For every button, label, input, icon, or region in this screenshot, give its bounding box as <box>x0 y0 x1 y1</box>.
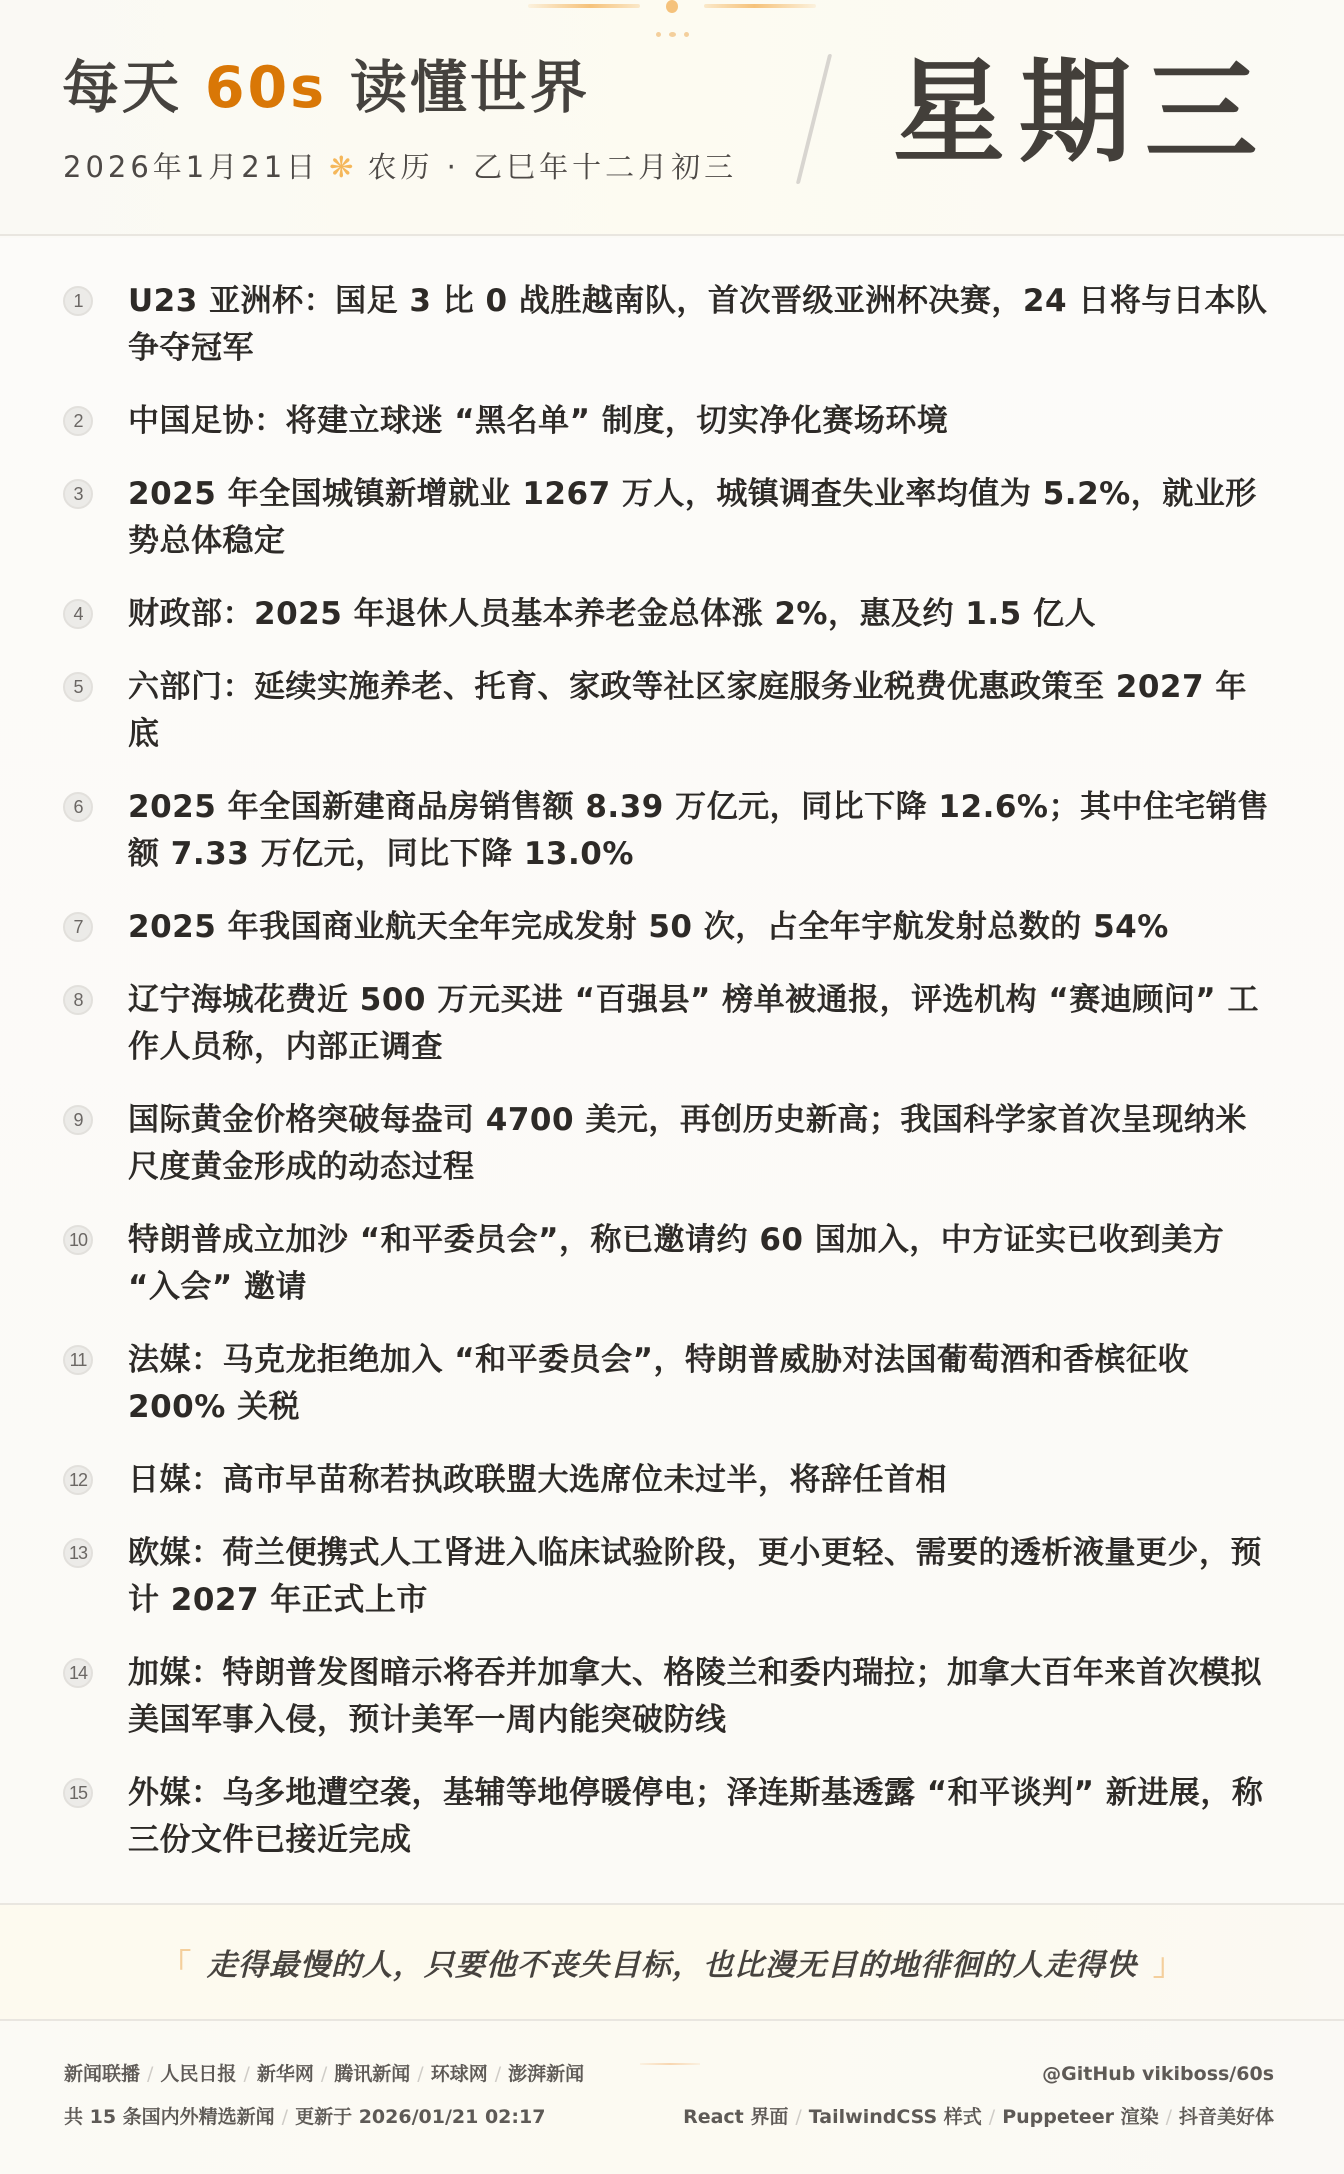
news-source: 澎湃新闻 <box>508 2063 584 2085</box>
news-list: 1U23 亚洲杯：国足 3 比 0 战胜越南队，首次晋级亚洲杯决赛，24 日将与… <box>0 238 1344 1903</box>
header: 每天 60s 读懂世界 2026年1月21日❋农历 · 乙巳年十二月初三 星期三 <box>0 0 1344 236</box>
tech-item: 抖音美好体 <box>1179 2106 1274 2128</box>
news-index-badge: 10 <box>63 1225 93 1255</box>
separator: / <box>417 2063 423 2085</box>
news-index-badge: 5 <box>63 672 93 702</box>
footer-decorative-line <box>640 2063 700 2065</box>
news-headline: 日媒：高市早苗称若执政联盟大选席位未过半，将辞任首相 <box>128 1457 1278 1504</box>
decorative-dot-icon <box>656 32 661 37</box>
news-item: 14加媒：特朗普发图暗示将吞并加拿大、格陵兰和委内瑞拉；加拿大百年来首次模拟美国… <box>0 1650 1344 1744</box>
news-index-badge: 3 <box>63 479 93 509</box>
news-item: 10特朗普成立加沙 “和平委员会”，称已邀请约 60 国加入，中方证实已收到美方… <box>0 1217 1344 1311</box>
header-divider <box>796 54 832 184</box>
news-source: 人民日报 <box>160 2063 236 2085</box>
news-headline: 法媒：马克龙拒绝加入 “和平委员会”，特朗普威胁对法国葡萄酒和香槟征收 200%… <box>128 1337 1278 1431</box>
title-suffix: 读懂世界 <box>327 55 590 121</box>
news-item: 4财政部：2025 年退休人员基本养老金总体涨 2%，惠及约 1.5 亿人 <box>0 591 1344 638</box>
quote-close-icon: 」 <box>1153 1940 1183 1984</box>
tech-item: React 界面 <box>683 2106 788 2128</box>
tech-item: TailwindCSS 样式 <box>809 2106 982 2128</box>
footer-meta: 共 15 条国内外精选新闻/更新于 2026/01/21 02:17 <box>64 2104 545 2130</box>
separator: / <box>989 2106 995 2128</box>
news-item: 15外媒：乌多地遭空袭，基辅等地停暖停电；泽连斯基透露 “和平谈判” 新进展，称… <box>0 1770 1344 1864</box>
news-headline: 欧媒：荷兰便携式人工肾进入临床试验阶段，更小更轻、需要的透析液量更少，预计 20… <box>128 1530 1278 1624</box>
news-index-badge: 14 <box>63 1658 93 1688</box>
updated-time: 更新于 2026/01/21 02:17 <box>295 2106 545 2128</box>
quote-text: 走得最慢的人，只要他不丧失目标，也比漫无目的地徘徊的人走得快 <box>207 1940 1137 1984</box>
date-line: 2026年1月21日❋农历 · 乙巳年十二月初三 <box>63 143 737 191</box>
separator: / <box>321 2063 327 2085</box>
news-item: 9国际黄金价格突破每盎司 4700 美元，再创历史新高；我国科学家首次呈现纳米尺… <box>0 1097 1344 1191</box>
decorative-dot-icon <box>684 32 689 37</box>
separator: / <box>1166 2106 1172 2128</box>
news-index-badge: 11 <box>63 1345 93 1375</box>
decorative-line-left <box>528 4 640 8</box>
news-headline: 2025 年我国商业航天全年完成发射 50 次，占全年宇航发射总数的 54% <box>128 904 1278 951</box>
news-source: 新华网 <box>257 2063 314 2085</box>
gregorian-date: 2026年1月21日 <box>63 150 319 184</box>
news-index-badge: 6 <box>63 792 93 822</box>
news-source: 腾讯新闻 <box>334 2063 410 2085</box>
separator: / <box>795 2106 801 2128</box>
news-item: 12日媒：高市早苗称若执政联盟大选席位未过半，将辞任首相 <box>0 1457 1344 1504</box>
title-prefix: 每天 <box>62 55 205 121</box>
news-item: 8辽宁海城花费近 500 万元买进 “百强县” 榜单被通报，评选机构 “赛迪顾问… <box>0 977 1344 1071</box>
news-sources: 新闻联播/人民日报/新华网/腾讯新闻/环球网/澎湃新闻 <box>64 2061 584 2087</box>
news-headline: U23 亚洲杯：国足 3 比 0 战胜越南队，首次晋级亚洲杯决赛，24 日将与日… <box>128 278 1278 372</box>
news-headline: 2025 年全国新建商品房销售额 8.39 万亿元，同比下降 12.6%；其中住… <box>128 784 1278 878</box>
news-index-badge: 2 <box>63 406 93 436</box>
news-index-badge: 1 <box>63 286 93 316</box>
weekday: 星期三 <box>893 38 1271 188</box>
news-count: 共 15 条国内外精选新闻 <box>64 2106 275 2128</box>
news-item: 11法媒：马克龙拒绝加入 “和平委员会”，特朗普威胁对法国葡萄酒和香槟征收 20… <box>0 1337 1344 1431</box>
news-headline: 辽宁海城花费近 500 万元买进 “百强县” 榜单被通报，评选机构 “赛迪顾问”… <box>128 977 1278 1071</box>
tech-item: Puppeteer 渲染 <box>1002 2106 1158 2128</box>
news-item: 72025 年我国商业航天全年完成发射 50 次，占全年宇航发射总数的 54% <box>0 904 1344 951</box>
decorative-line-right <box>704 4 816 8</box>
news-headline: 财政部：2025 年退休人员基本养老金总体涨 2%，惠及约 1.5 亿人 <box>128 591 1278 638</box>
star-icon: ❋ <box>329 150 357 184</box>
news-source: 新闻联播 <box>64 2063 140 2085</box>
news-headline: 中国足协：将建立球迷 “黑名单” 制度，切实净化赛场环境 <box>128 398 1278 445</box>
news-index-badge: 12 <box>63 1465 93 1495</box>
news-index-badge: 15 <box>63 1778 93 1808</box>
separator: / <box>147 2063 153 2085</box>
title-accent: 60s <box>205 55 327 121</box>
news-index-badge: 13 <box>63 1538 93 1568</box>
separator: / <box>243 2063 249 2085</box>
news-item: 1U23 亚洲杯：国足 3 比 0 战胜越南队，首次晋级亚洲杯决赛，24 日将与… <box>0 278 1344 372</box>
quote-open-icon: 「 <box>161 1940 191 1984</box>
news-headline: 2025 年全国城镇新增就业 1267 万人，城镇调查失业率均值为 5.2%，就… <box>128 471 1278 565</box>
news-source: 环球网 <box>431 2063 488 2085</box>
daily-quote: 「 走得最慢的人，只要他不丧失目标，也比漫无目的地徘徊的人走得快 」 <box>0 1903 1344 2021</box>
news-headline: 国际黄金价格突破每盎司 4700 美元，再创历史新高；我国科学家首次呈现纳米尺度… <box>128 1097 1278 1191</box>
separator: / <box>282 2106 288 2128</box>
decorative-dot-icon <box>669 32 676 37</box>
footer: 新闻联播/人民日报/新华网/腾讯新闻/环球网/澎湃新闻 共 15 条国内外精选新… <box>0 2021 1344 2174</box>
separator: / <box>495 2063 501 2085</box>
news-index-badge: 4 <box>63 599 93 629</box>
news-headline: 特朗普成立加沙 “和平委员会”，称已邀请约 60 国加入，中方证实已收到美方 “… <box>128 1217 1278 1311</box>
tech-stack: React 界面/TailwindCSS 样式/Puppeteer 渲染/抖音美… <box>683 2104 1274 2130</box>
news-headline: 加媒：特朗普发图暗示将吞并加拿大、格陵兰和委内瑞拉；加拿大百年来首次模拟美国军事… <box>128 1650 1278 1744</box>
news-index-badge: 8 <box>63 985 93 1015</box>
news-index-badge: 9 <box>63 1105 93 1135</box>
news-headline: 六部门：延续实施养老、托育、家政等社区家庭服务业税费优惠政策至 2027 年底 <box>128 664 1278 758</box>
news-item: 62025 年全国新建商品房销售额 8.39 万亿元，同比下降 12.6%；其中… <box>0 784 1344 878</box>
decorative-dot-icon <box>666 0 678 13</box>
news-item: 13欧媒：荷兰便携式人工肾进入临床试验阶段，更小更轻、需要的透析液量更少，预计 … <box>0 1530 1344 1624</box>
page-title: 每天 60s 读懂世界 <box>62 50 590 126</box>
news-item: 2中国足协：将建立球迷 “黑名单” 制度，切实净化赛场环境 <box>0 398 1344 445</box>
news-item: 5六部门：延续实施养老、托育、家政等社区家庭服务业税费优惠政策至 2027 年底 <box>0 664 1344 758</box>
news-item: 32025 年全国城镇新增就业 1267 万人，城镇调查失业率均值为 5.2%，… <box>0 471 1344 565</box>
news-index-badge: 7 <box>63 912 93 942</box>
github-credit: @GitHub vikiboss/60s <box>1042 2061 1274 2087</box>
news-headline: 外媒：乌多地遭空袭，基辅等地停暖停电；泽连斯基透露 “和平谈判” 新进展，称三份… <box>128 1770 1278 1864</box>
lunar-date: 农历 · 乙巳年十二月初三 <box>367 150 737 184</box>
